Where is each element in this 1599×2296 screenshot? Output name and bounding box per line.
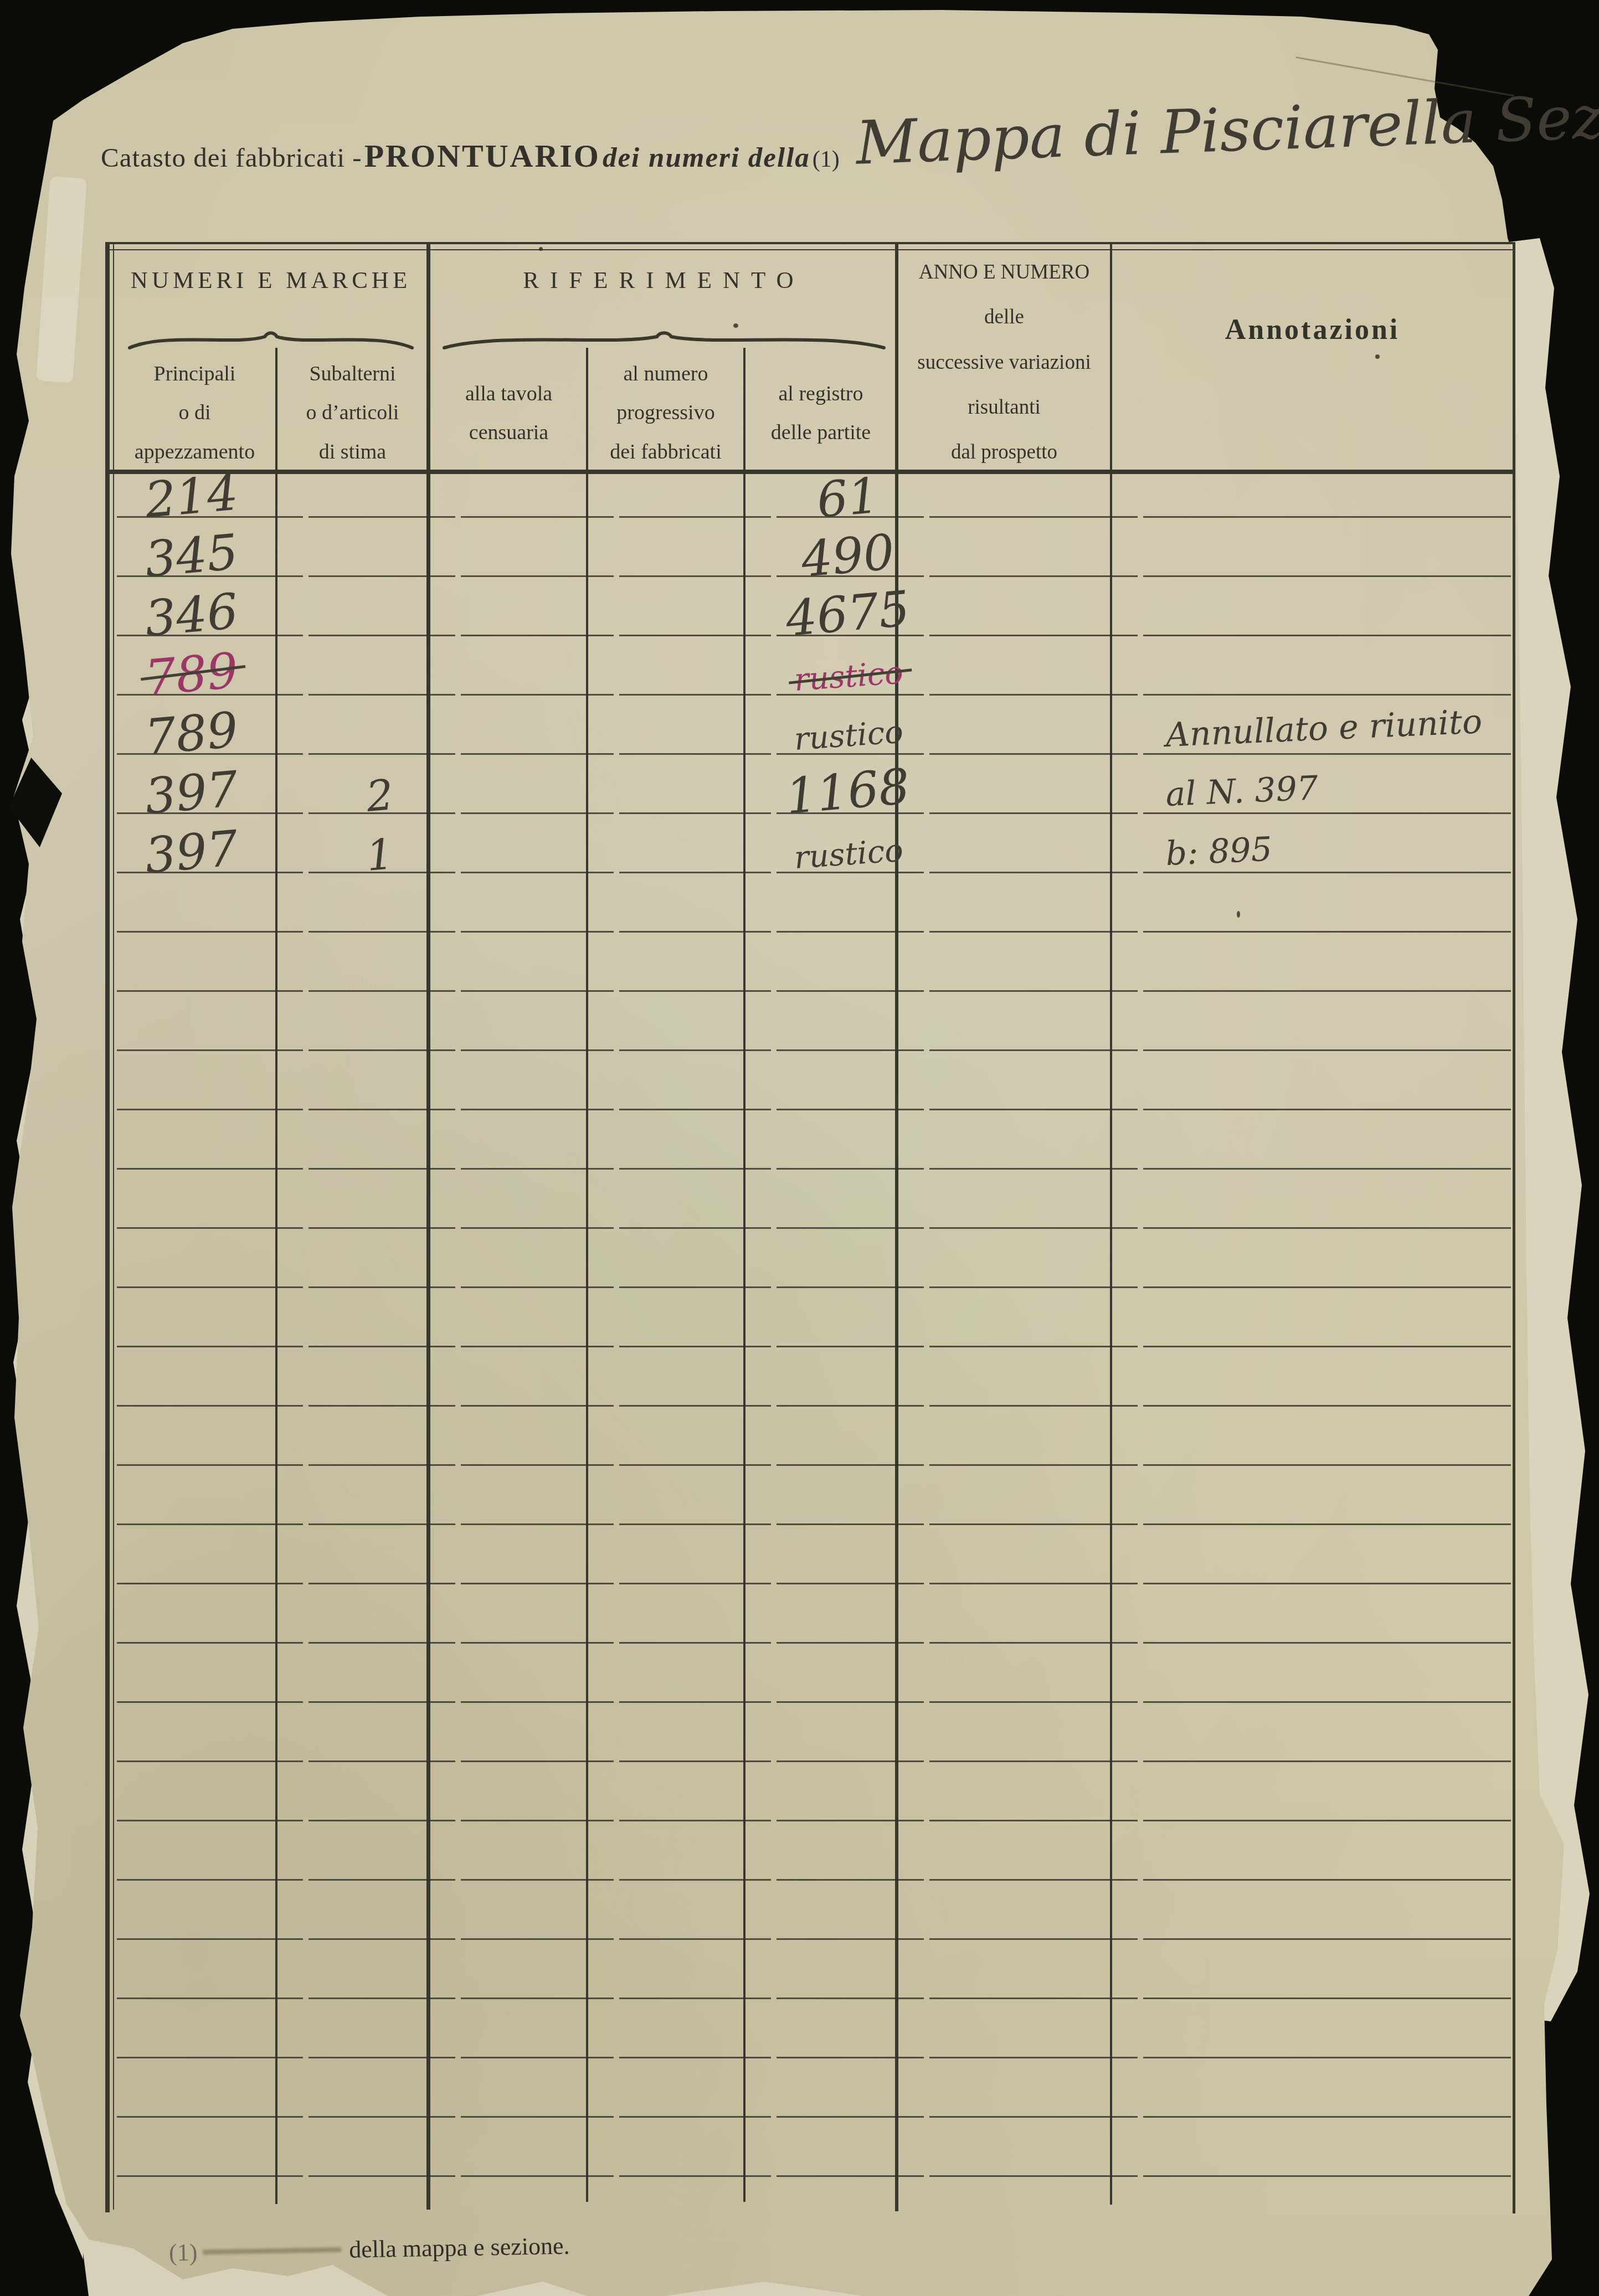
cell-tavola-censuaria (461, 1466, 614, 1525)
cell-annotazione (1143, 992, 1511, 1051)
cell-registro-partite (777, 1644, 924, 1703)
column-header-line: progressivo (588, 393, 743, 432)
cell-registro-partite (777, 1940, 924, 1999)
ink-speck (733, 323, 738, 328)
cell-subalterno (309, 1229, 455, 1288)
cell-subalterno (309, 1407, 455, 1466)
brace-riferimento (441, 330, 887, 352)
cell-anno-numero (929, 1525, 1138, 1584)
cell-anno-numero (929, 1170, 1138, 1229)
handwritten-entry: 1 (365, 833, 395, 877)
cell-annotazione (1143, 1940, 1511, 1999)
cell-annotazione (1143, 1584, 1511, 1644)
cell-subalterno (309, 1525, 455, 1584)
table-left-border (105, 242, 110, 2212)
table-row (114, 2058, 1514, 2118)
cell-subalterno (309, 1644, 455, 1703)
column-header-line: di stima (277, 433, 428, 471)
title-footnote-ref: (1) (813, 147, 840, 172)
table-row (114, 1999, 1514, 2058)
handwritten-entry: 4675 (784, 584, 912, 644)
cell-principale: 397 (117, 755, 303, 814)
cell-annotazione: b: 895 (1143, 814, 1511, 873)
cell-numero-fabbricati (619, 1466, 771, 1525)
cell-annotazione (1143, 873, 1511, 933)
table-row (114, 992, 1514, 1051)
table-row (114, 1762, 1514, 1821)
cell-tavola-censuaria (461, 2058, 614, 2118)
cell-tavola-censuaria (461, 992, 614, 1051)
cell-tavola-censuaria (461, 474, 614, 518)
column-header-annotazioni: Annotazioni (1112, 313, 1513, 346)
cell-subalterno (309, 1881, 455, 1940)
cell-principale (117, 1229, 303, 1288)
cell-principale: 397 (117, 814, 303, 873)
cell-numero-fabbricati (619, 1584, 771, 1644)
title-suffix: dei numeri della (603, 142, 810, 173)
cell-anno-numero (929, 814, 1138, 873)
cell-registro-partite (777, 1110, 924, 1170)
cell-principale (117, 2058, 303, 2118)
table-row (114, 1881, 1514, 1940)
cell-tavola-censuaria (461, 1051, 614, 1110)
cell-tavola-censuaria (461, 1288, 614, 1347)
cell-numero-fabbricati (619, 2058, 771, 2118)
cell-subalterno (309, 518, 455, 577)
cell-tavola-censuaria (461, 814, 614, 873)
cell-principale (117, 1821, 303, 1881)
table-body: 214 61 345 490 346 4675 789 rustico 789 (114, 474, 1514, 2177)
cell-principale: 346 (117, 577, 303, 636)
column-header-line: appezzamento (114, 433, 275, 471)
cell-principale (117, 1644, 303, 1703)
handwritten-map-name: Mappa di Pisciarella Sez.ᵉ H „ (855, 77, 1599, 178)
column-header-line: ANNO E NUMERO (899, 260, 1109, 284)
footnote-marker: (1) (169, 2238, 198, 2266)
cell-tavola-censuaria (461, 1110, 614, 1170)
cell-numero-fabbricati (619, 636, 771, 696)
cell-annotazione: Annullato e riunito (1143, 696, 1511, 755)
table-row (114, 1940, 1514, 1999)
cell-registro-partite (777, 1821, 924, 1881)
cell-principale (117, 1584, 303, 1644)
column-header-subalterni: Subalterni o d’articoli di stima (277, 354, 428, 471)
table-row: 789 rustico (114, 636, 1514, 696)
cell-principale (117, 1347, 303, 1407)
cell-registro-partite (777, 1881, 924, 1940)
cell-tavola-censuaria (461, 577, 614, 636)
cell-tavola-censuaria (461, 1525, 614, 1584)
table-row: 214 61 (114, 474, 1514, 518)
handwritten-entry: 1168 (784, 762, 912, 821)
table-top-rule (105, 242, 1515, 244)
cell-anno-numero (929, 1584, 1138, 1644)
cell-anno-numero (929, 1407, 1138, 1466)
cell-anno-numero (929, 1762, 1138, 1821)
cell-numero-fabbricati (619, 992, 771, 1051)
cell-anno-numero (929, 518, 1138, 577)
cell-annotazione (1143, 577, 1511, 636)
column-header-line: delle (899, 305, 1109, 329)
cell-annotazione (1143, 1347, 1511, 1407)
cell-numero-fabbricati (619, 1051, 771, 1110)
cell-anno-numero (929, 1288, 1138, 1347)
column-header-line: al numero (588, 354, 743, 393)
cell-tavola-censuaria (461, 755, 614, 814)
table-row: 397 1 rustico b: 895 (114, 814, 1514, 873)
cell-anno-numero (929, 1229, 1138, 1288)
cell-subalterno (309, 577, 455, 636)
cell-registro-partite: 1168 (777, 755, 924, 814)
cell-numero-fabbricati (619, 2118, 771, 2177)
handwritten-entry: 789 (143, 706, 240, 762)
table-row (114, 2118, 1514, 2177)
cell-subalterno (309, 1051, 455, 1110)
cell-anno-numero (929, 1466, 1138, 1525)
cell-registro-partite: 61 (777, 474, 924, 518)
handwritten-entry: rustico (794, 835, 905, 874)
cell-annotazione (1143, 636, 1511, 696)
cell-tavola-censuaria (461, 873, 614, 933)
handwritten-entry: 61 (815, 471, 881, 525)
cell-tavola-censuaria (461, 1821, 614, 1881)
table-row (114, 1407, 1514, 1466)
cell-numero-fabbricati (619, 873, 771, 933)
cell-principale (117, 1466, 303, 1525)
cell-tavola-censuaria (461, 636, 614, 696)
cell-subalterno (309, 1110, 455, 1170)
cell-subalterno (309, 636, 455, 696)
table-row (114, 1821, 1514, 1881)
handwritten-entry: 346 (143, 587, 240, 644)
cell-subalterno (309, 1466, 455, 1525)
cell-anno-numero (929, 1644, 1138, 1703)
cell-tavola-censuaria (461, 1407, 614, 1466)
cell-annotazione (1143, 1466, 1511, 1525)
cell-annotazione (1143, 2058, 1511, 2118)
cell-subalterno (309, 992, 455, 1051)
cell-principale: 345 (117, 518, 303, 577)
cell-registro-partite (777, 1288, 924, 1347)
cell-anno-numero (929, 2058, 1138, 2118)
cell-annotazione (1143, 1288, 1511, 1347)
cell-annotazione (1143, 1821, 1511, 1881)
table-row: 397 2 1168 al N. 397 (114, 755, 1514, 814)
table-row (114, 1347, 1514, 1407)
handwritten-entry: rustico (794, 717, 905, 755)
cell-principale (117, 1407, 303, 1466)
cell-annotazione (1143, 1703, 1511, 1762)
cell-numero-fabbricati (619, 577, 771, 636)
cell-anno-numero (929, 1821, 1138, 1881)
cell-registro-partite (777, 873, 924, 933)
table-row (114, 933, 1514, 992)
handwritten-entry: b: 895 (1165, 833, 1273, 871)
cell-registro-partite (777, 1170, 924, 1229)
cell-principale (117, 1999, 303, 2058)
table-row (114, 1288, 1514, 1347)
cell-registro-partite (777, 992, 924, 1051)
cell-registro-partite (777, 1703, 924, 1762)
cell-principale (117, 1288, 303, 1347)
cell-tavola-censuaria (461, 2118, 614, 2177)
table-row (114, 1051, 1514, 1110)
cell-numero-fabbricati (619, 1170, 771, 1229)
cell-subalterno (309, 1762, 455, 1821)
cell-subalterno (309, 1347, 455, 1407)
table-row (114, 1466, 1514, 1525)
cell-tavola-censuaria (461, 933, 614, 992)
table-row: 789 rustico Annullato e riunito (114, 696, 1514, 755)
column-header-line: al registro (745, 374, 896, 413)
cell-subalterno (309, 1288, 455, 1347)
cell-registro-partite (777, 1051, 924, 1110)
ink-speck (1237, 911, 1240, 918)
cell-principale (117, 1170, 303, 1229)
handwritten-entry: 397 (143, 765, 240, 821)
cell-subalterno (309, 2118, 455, 2177)
document-content: Catasto dei fabbricati - PRONTUARIO dei … (0, 0, 1599, 2296)
handwritten-entry: Annullato e riunito (1165, 705, 1483, 752)
cell-tavola-censuaria (461, 1999, 614, 2058)
cell-numero-fabbricati (619, 1703, 771, 1762)
table-row (114, 1584, 1514, 1644)
cell-annotazione (1143, 1999, 1511, 2058)
cell-tavola-censuaria (461, 1644, 614, 1703)
cell-annotazione (1143, 1525, 1511, 1584)
table-row (114, 1229, 1514, 1288)
column-header-line: Subalterni (277, 354, 428, 393)
cell-registro-partite (777, 1229, 924, 1288)
cell-subalterno (309, 474, 455, 518)
cell-numero-fabbricati (619, 1999, 771, 2058)
cell-subalterno (309, 933, 455, 992)
cell-principale (117, 1881, 303, 1940)
cell-annotazione (1143, 1762, 1511, 1821)
cell-annotazione (1143, 1051, 1511, 1110)
column-header-principali: Principali o di appezzamento (114, 354, 275, 471)
cell-annotazione (1143, 2118, 1511, 2177)
cell-numero-fabbricati (619, 933, 771, 992)
scanned-register-page: { "page": { "title": { "prefix": "Catast… (0, 0, 1599, 2296)
cell-registro-partite (777, 1525, 924, 1584)
cell-tavola-censuaria (461, 696, 614, 755)
cell-numero-fabbricati (619, 1940, 771, 1999)
cell-numero-fabbricati (619, 1644, 771, 1703)
cell-tavola-censuaria (461, 1229, 614, 1288)
cell-tavola-censuaria (461, 1703, 614, 1762)
column-header-line: alla tavola (431, 374, 586, 413)
cell-numero-fabbricati (619, 1229, 771, 1288)
cell-anno-numero (929, 992, 1138, 1051)
cell-principale (117, 1762, 303, 1821)
cell-annotazione (1143, 1229, 1511, 1288)
column-header-line: successive variazioni (899, 351, 1109, 374)
cell-numero-fabbricati (619, 1762, 771, 1821)
cell-registro-partite (777, 2118, 924, 2177)
cell-tavola-censuaria (461, 1584, 614, 1644)
table-row (114, 873, 1514, 933)
cell-annotazione (1143, 1881, 1511, 1940)
brace-numeri-e-marche (126, 330, 415, 352)
cell-anno-numero (929, 1703, 1138, 1762)
table-top-rule-inner (105, 249, 1515, 250)
cell-numero-fabbricati (619, 1881, 771, 1940)
cell-registro-partite (777, 1407, 924, 1466)
column-header-line: o d’articoli (277, 393, 428, 432)
cell-anno-numero (929, 474, 1138, 518)
cell-registro-partite (777, 1584, 924, 1644)
group-header-riferimento: RIFERIMENTO (431, 267, 896, 294)
column-header-registro-partite: al registro delle partite (745, 374, 896, 452)
cell-subalterno (309, 696, 455, 755)
cell-annotazione (1143, 474, 1511, 518)
cell-tavola-censuaria (461, 518, 614, 577)
cell-principale (117, 1940, 303, 1999)
column-header-line: dei fabbricati (588, 433, 743, 471)
column-header-line: delle partite (745, 413, 896, 452)
cell-tavola-censuaria (461, 1881, 614, 1940)
cell-annotazione: al N. 397 (1143, 755, 1511, 814)
cell-numero-fabbricati (619, 1347, 771, 1407)
torn-flap (36, 176, 87, 383)
handwritten-entry: al N. 397 (1165, 771, 1319, 811)
cell-principale (117, 1525, 303, 1584)
column-header-tavola-censuaria: alla tavola censuaria (431, 374, 586, 452)
cell-annotazione (1143, 1407, 1511, 1466)
cell-tavola-censuaria (461, 1347, 614, 1407)
handwritten-entry: 490 (799, 528, 896, 584)
cell-subalterno (309, 2058, 455, 2118)
cell-subalterno (309, 1170, 455, 1229)
handwritten-entry: 2 (365, 774, 395, 818)
cell-numero-fabbricati (619, 696, 771, 755)
cell-numero-fabbricati (619, 755, 771, 814)
cell-anno-numero (929, 1881, 1138, 1940)
cell-registro-partite: rustico (777, 696, 924, 755)
cell-principale: 789 (117, 636, 303, 696)
cell-registro-partite (777, 1999, 924, 2058)
cell-registro-partite: 490 (777, 518, 924, 577)
cell-principale: 214 (117, 474, 303, 518)
cell-registro-partite (777, 1762, 924, 1821)
table-row (114, 1703, 1514, 1762)
footnote: (1)della mappa e sezione. (169, 2232, 570, 2267)
column-header-line: dal prospetto (899, 440, 1109, 464)
page-title: Catasto dei fabbricati - PRONTUARIO dei … (101, 137, 840, 174)
title-prefix: Catasto dei fabbricati - (101, 142, 362, 173)
handwritten-entry: 397 (143, 824, 240, 881)
handwritten-entry: 789 (143, 646, 240, 703)
column-header-line: o di (114, 393, 275, 432)
cell-principale (117, 2118, 303, 2177)
cell-anno-numero (929, 1940, 1138, 1999)
cell-subalterno (309, 1999, 455, 2058)
column-header-anno-e-numero: ANNO E NUMERO delle successive variazion… (899, 260, 1109, 464)
cell-subalterno (309, 1584, 455, 1644)
cell-registro-partite: 4675 (777, 577, 924, 636)
cell-registro-partite (777, 1347, 924, 1407)
cell-numero-fabbricati (619, 474, 771, 518)
cell-principale: 789 (117, 696, 303, 755)
table-row (114, 1170, 1514, 1229)
cell-tavola-censuaria (461, 1940, 614, 1999)
cell-principale (117, 1703, 303, 1762)
title-main: PRONTUARIO (364, 138, 600, 174)
group-header-numeri-e-marche: NUMERI E MARCHE (114, 267, 428, 294)
cell-registro-partite (777, 1466, 924, 1525)
cell-anno-numero (929, 873, 1138, 933)
cell-principale (117, 933, 303, 992)
cell-registro-partite (777, 933, 924, 992)
cell-anno-numero (929, 1051, 1138, 1110)
handwritten-entry: 345 (143, 528, 240, 584)
cell-annotazione (1143, 1170, 1511, 1229)
footnote-smudge (203, 2247, 341, 2254)
cell-anno-numero (929, 2118, 1138, 2177)
cell-subalterno (309, 1821, 455, 1881)
table-row (114, 1525, 1514, 1584)
cell-anno-numero (929, 1110, 1138, 1170)
cell-annotazione (1143, 1644, 1511, 1703)
cell-annotazione (1143, 518, 1511, 577)
cell-anno-numero (929, 636, 1138, 696)
cell-anno-numero (929, 1999, 1138, 2058)
cell-numero-fabbricati (619, 1525, 771, 1584)
handwritten-entry: 214 (143, 469, 240, 525)
table-row (114, 1110, 1514, 1170)
cell-subalterno: 2 (309, 755, 455, 814)
cell-anno-numero (929, 577, 1138, 636)
ink-speck (539, 247, 543, 251)
cell-numero-fabbricati (619, 1110, 771, 1170)
cell-tavola-censuaria (461, 1762, 614, 1821)
cell-numero-fabbricati (619, 518, 771, 577)
footnote-text: della mappa e sezione. (349, 2232, 570, 2263)
column-header-line: Principali (114, 354, 275, 393)
cell-principale (117, 1110, 303, 1170)
cell-numero-fabbricati (619, 1288, 771, 1347)
cell-registro-partite (777, 2058, 924, 2118)
cell-anno-numero (929, 1347, 1138, 1407)
column-header-line: censuaria (431, 413, 586, 452)
cell-anno-numero (929, 696, 1138, 755)
cell-annotazione (1143, 1110, 1511, 1170)
cell-subalterno (309, 1940, 455, 1999)
table-row (114, 1644, 1514, 1703)
cell-principale (117, 873, 303, 933)
column-header-numero-progressivo: al numero progressivo dei fabbricati (588, 354, 743, 471)
cell-tavola-censuaria (461, 1170, 614, 1229)
column-header-line: risultanti (899, 395, 1109, 419)
cell-numero-fabbricati (619, 1821, 771, 1881)
cell-numero-fabbricati (619, 814, 771, 873)
cell-principale (117, 1051, 303, 1110)
cell-principale (117, 992, 303, 1051)
cell-subalterno (309, 873, 455, 933)
cell-anno-numero (929, 755, 1138, 814)
cell-subalterno (309, 1703, 455, 1762)
handwritten-entry: rustico (794, 657, 905, 696)
cell-subalterno: 1 (309, 814, 455, 873)
table-row: 345 490 (114, 518, 1514, 577)
ink-speck (1375, 354, 1380, 359)
cell-numero-fabbricati (619, 1407, 771, 1466)
cell-annotazione (1143, 933, 1511, 992)
paper-hole (9, 758, 62, 847)
cell-anno-numero (929, 933, 1138, 992)
